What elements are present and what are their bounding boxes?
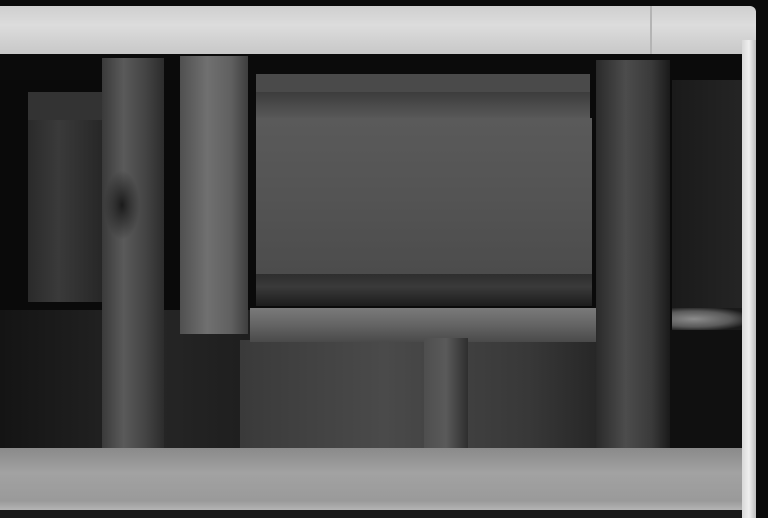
lower-timber-block [240,340,600,452]
beam-joint [650,6,652,54]
upper-rail [256,74,590,92]
sill-beam [250,308,600,342]
lower-rail [256,274,592,306]
right-wall-shadow [672,80,752,310]
lower-post [424,338,468,458]
timber-frame-photo [0,0,768,518]
upper-rail-lower [256,92,590,118]
wooden-panel [256,118,592,274]
right-post [596,60,670,450]
right-white-edge [742,40,756,518]
second-post [180,56,248,334]
debris [672,308,746,330]
left-rail [28,92,104,120]
bottom-edge [0,510,742,518]
left-wall-boards [28,92,104,302]
post-stain [104,170,140,240]
left-post [102,58,164,450]
top-white-beam [0,6,756,54]
concrete-floor [0,448,742,510]
